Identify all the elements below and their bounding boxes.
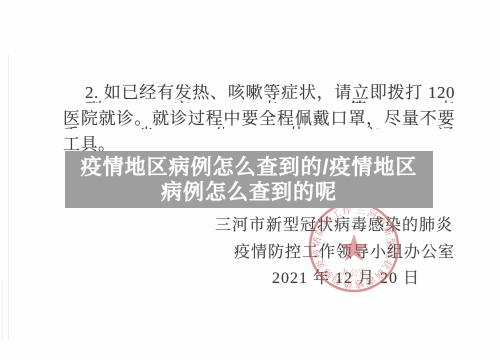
- signature-org-line-1: 三河市新型冠状病毒感染的肺炎: [215, 212, 453, 235]
- document-photo: 2. 如已经有发热、咳嗽等症状，请立即拨打 120 到定点筛查 医院就诊。就诊过…: [0, 0, 500, 360]
- signature-org-line-2: 疫情防控工作领导小组办公室: [234, 239, 455, 262]
- caption-line-1: 疫情地区病例怎么查到的/疫情地区: [81, 155, 418, 180]
- caption-banner: 疫情地区病例怎么查到的/疫情地区 病例怎么查到的呢: [65, 151, 433, 208]
- signature-date: 2021 年 12 月 20 日: [272, 265, 420, 288]
- page-corner-line: [2, 280, 3, 340]
- paragraph-line-1: 2. 如已经有发热、咳嗽等症状，请立即拨打 120 到定点筛查: [85, 84, 455, 103]
- page-edge-line: [8, 55, 9, 340]
- caption-line-2: 病例怎么查到的呢: [161, 180, 337, 205]
- paragraph-line-2: 医院就诊。就诊过程中要全程佩戴口罩，尽量不要乘坐公共交通: [63, 110, 455, 129]
